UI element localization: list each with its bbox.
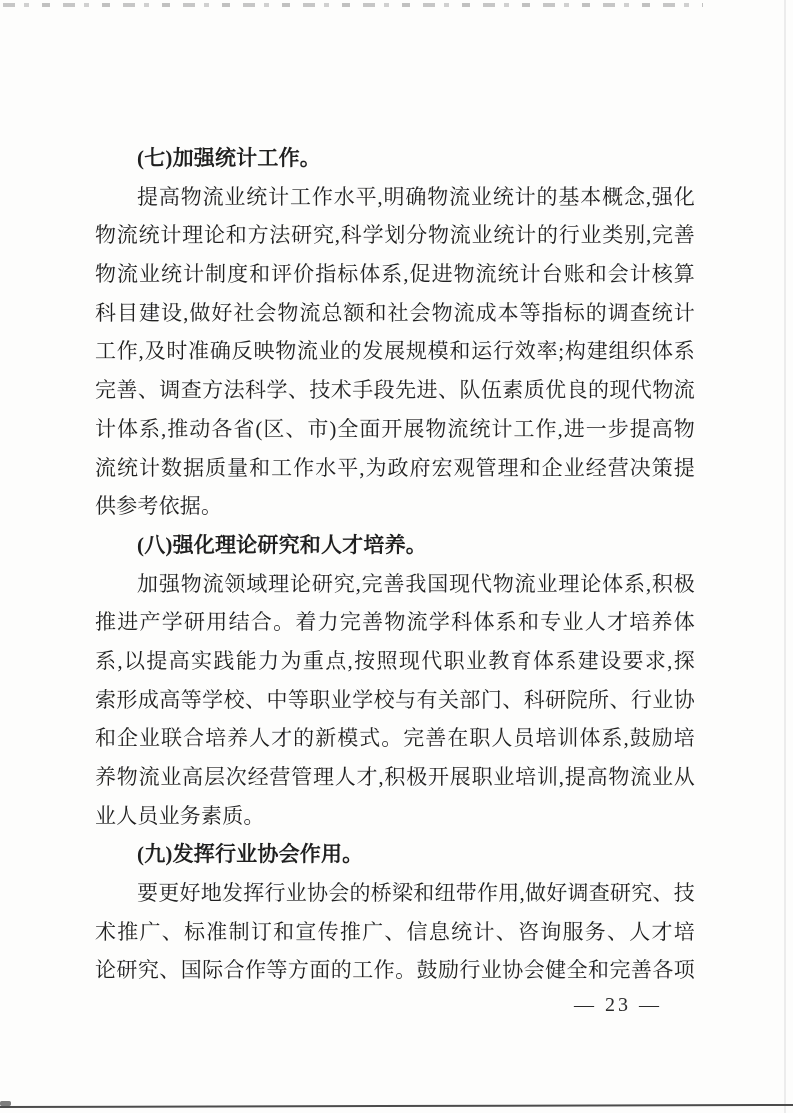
paragraph-line: 物流统计理论和方法研究,科学划分物流业统计的行业类别,完善	[95, 216, 695, 255]
paragraph-line: 术推广、标准制订和宣传推广、信息统计、咨询服务、人才培养、理	[95, 913, 695, 952]
section-heading: (七)加强统计工作。	[95, 139, 695, 178]
paragraph-line: 流统计数据质量和工作水平,为政府宏观管理和企业经营决策提	[95, 449, 695, 488]
page-number: — 23 —	[0, 992, 662, 1018]
paragraph-line: 论研究、国际合作等方面的工作。鼓励行业协会健全和完善各项	[95, 951, 695, 990]
paragraph-line: 养物流业高层次经营管理人才,积极开展职业培训,提高物流业从	[95, 758, 695, 797]
section-heading: (九)发挥行业协会作用。	[95, 835, 695, 874]
document-page: (七)加强统计工作。 提高物流业统计工作水平,明确物流业统计的基本概念,强化 物…	[0, 0, 793, 1113]
paragraph-line: 计体系,推动各省(区、市)全面开展物流统计工作,进一步提高物	[95, 410, 695, 449]
paragraph-line: 系,以提高实践能力为重点,按照现代职业教育体系建设要求,探	[95, 642, 695, 681]
paragraph-line: 提高物流业统计工作水平,明确物流业统计的基本概念,强化	[95, 178, 695, 217]
paragraph-line: 业人员业务素质。	[95, 797, 695, 836]
paragraph-line: 和企业联合培养人才的新模式。完善在职人员培训体系,鼓励培	[95, 719, 695, 758]
paragraph-line: 推进产学研用结合。着力完善物流学科体系和专业人才培养体	[95, 603, 695, 642]
scan-noise-artifact	[3, 3, 703, 7]
paragraph-line: 完善、调查方法科学、技术手段先进、队伍素质优良的现代物流统	[95, 371, 695, 410]
paragraph-line: 加强物流领域理论研究,完善我国现代物流业理论体系,积极	[95, 565, 695, 604]
section-heading: (八)强化理论研究和人才培养。	[95, 526, 695, 565]
section-statistics: (七)加强统计工作。 提高物流业统计工作水平,明确物流业统计的基本概念,强化 物…	[95, 139, 695, 526]
paragraph-line: 物流业统计制度和评价指标体系,促进物流统计台账和会计核算	[95, 255, 695, 294]
paragraph-line: 索形成高等学校、中等职业学校与有关部门、科研院所、行业协会	[95, 681, 695, 720]
section-industry-association: (九)发挥行业协会作用。 要更好地发挥行业协会的桥梁和纽带作用,做好调查研究、技…	[95, 835, 695, 990]
document-body: (七)加强统计工作。 提高物流业统计工作水平,明确物流业统计的基本概念,强化 物…	[95, 139, 695, 990]
paragraph-line: 供参考依据。	[95, 487, 695, 526]
scan-edge-line	[784, 0, 786, 1113]
section-theory-talent: (八)强化理论研究和人才培养。 加强物流领域理论研究,完善我国现代物流业理论体系…	[95, 526, 695, 836]
paragraph-line: 科目建设,做好社会物流总额和社会物流成本等指标的调查统计	[95, 294, 695, 333]
scan-bottom-line	[0, 1104, 793, 1108]
paragraph-line: 工作,及时准确反映物流业的发展规模和运行效率;构建组织体系	[95, 332, 695, 371]
paragraph-line: 要更好地发挥行业协会的桥梁和纽带作用,做好调查研究、技	[95, 874, 695, 913]
